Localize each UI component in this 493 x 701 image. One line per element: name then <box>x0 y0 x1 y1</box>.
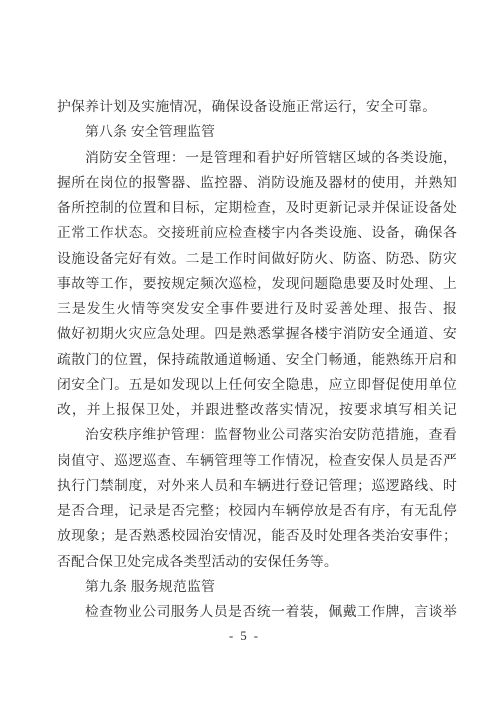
text-line: 备所控制的位置和目标，定期检查，及时更新记录并保证设备处于 <box>57 195 457 220</box>
text-line: 改，并上报保卫处，并跟进整改落实情况，按要求填写相关记录。 <box>57 397 457 422</box>
text-line: 做好初期火灾应急处理。四是熟悉掌握各楼宇消防安全通道、安全 <box>57 321 457 346</box>
text-line: 疏散门的位置，保持疏散通道畅通、安全门畅通，能熟练开启和关 <box>57 347 457 372</box>
document-page: 护保养计划及实施情况，确保设备设施正常运行，安全可靠。第八条 安全管理监管消防安… <box>0 0 493 701</box>
text-line: 消防安全管理：一是管理和看护好所管辖区域的各类设施，掌 <box>57 145 457 170</box>
text-line: 检查物业公司服务人员是否统一着装，佩戴工作牌，言谈举止 <box>57 599 457 624</box>
text-line: 治安秩序维护管理：监督物业公司落实治安防范措施，查看门 <box>57 422 457 447</box>
text-line: 放现象；是否熟悉校园治安情况，能否及时处理各类治安事件；是 <box>57 523 457 548</box>
text-line: 设施设备完好有效。二是工作时间做好防火、防盗、防恐、防灾害 <box>57 246 457 271</box>
text-line: 第八条 安全管理监管 <box>57 119 457 144</box>
text-block: 护保养计划及实施情况，确保设备设施正常运行，安全可靠。第八条 安全管理监管消防安… <box>57 94 457 624</box>
text-line: 正常工作状态。交接班前应检查楼宇内各类设施、设备，确保各类 <box>57 220 457 245</box>
text-line: 否配合保卫处完成各类型活动的安保任务等。 <box>57 549 457 574</box>
text-line: 闭安全门。五是如发现以上任何安全隐患，应立即督促使用单位整 <box>57 372 457 397</box>
page-number: - 5 - <box>0 624 489 649</box>
text-line: 是否合理，记录是否完整；校园内车辆停放是否有序，有无乱停乱 <box>57 498 457 523</box>
text-line: 岗值守、巡逻巡查、车辆管理等工作情况，检查安保人员是否严格 <box>57 448 457 473</box>
text-line: 执行门禁制度，对外来人员和车辆进行登记管理；巡逻路线、时间 <box>57 473 457 498</box>
text-line: 三是发生火情等突发安全事件要进行及时妥善处理、报告、报警、 <box>57 296 457 321</box>
text-line: 第九条 服务规范监管 <box>57 574 457 599</box>
text-line: 事故等工作，要按规定频次巡检，发现问题隐患要及时处理、上报。 <box>57 271 457 296</box>
text-line: 护保养计划及实施情况，确保设备设施正常运行，安全可靠。 <box>57 94 457 119</box>
text-line: 握所在岗位的报警器、监控器、消防设施及器材的使用，并熟知设 <box>57 170 457 195</box>
